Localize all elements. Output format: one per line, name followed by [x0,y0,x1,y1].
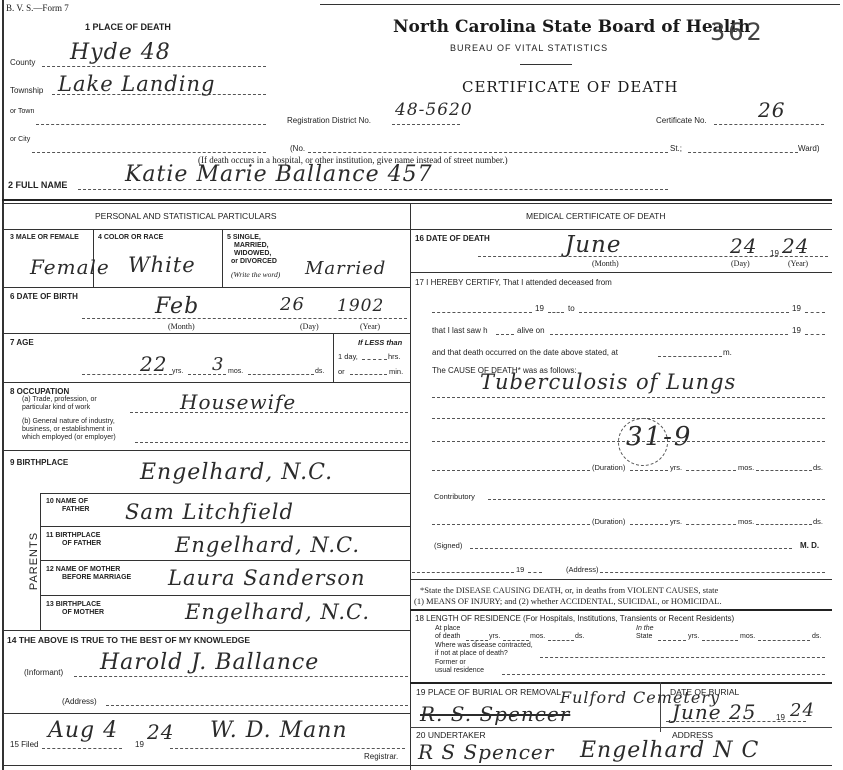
duration2-line [432,524,590,525]
dod-day-caption: (Day) [731,259,750,268]
filed-month-day[interactable]: Aug 4 [48,718,118,743]
dob-line [82,318,407,319]
dob-month[interactable]: Feb [155,294,199,319]
registrar-line [170,748,405,749]
row-line [2,229,410,230]
former-residence-line [502,674,825,675]
informant-value[interactable]: Harold J. Ballance [100,650,319,675]
mother-name-value[interactable]: Laura Sanderson [168,566,366,590]
ward-label: Ward) [798,144,819,153]
in-state-yrs-line [658,640,686,641]
alive-on-year-line [805,334,825,335]
burial-date-century: 19 [776,713,785,722]
birthplace-value[interactable]: Engelhard, N.C. [140,460,333,485]
row-line [40,526,410,527]
last-saw-pronoun-line [496,334,514,335]
township-label: Township [10,86,43,95]
min-caption: min. [389,367,403,376]
ward-line [688,152,798,153]
cause-value[interactable]: Tuberculosis of Lungs [480,370,736,394]
burial-place-struck: R. S. Spencer [420,702,570,726]
at-place-ds-line [548,640,574,641]
code-annotation: 31-9 [626,422,692,452]
undertaker-address-value[interactable]: Engelhard N C [580,738,759,763]
to-label: to [568,304,575,313]
dob-day-caption: (Day) [300,322,319,331]
registrar-value[interactable]: W. D. Mann [210,718,348,743]
duration-ds-caption: ds. [813,463,823,472]
burial-date-value[interactable]: June 25 [672,700,756,724]
occupation-a-label-1: (a) Trade, profession, or [22,396,97,404]
age-mos-caption: mos. [228,368,243,375]
burial-date-year[interactable]: 24 [790,700,815,721]
alive-on-line [550,334,788,335]
place-of-death-label: 1 PLACE OF DEATH [85,22,171,32]
row-line [410,579,832,580]
county-label: County [10,58,35,67]
or-label: or [338,367,345,376]
footnote-line-2: (1) MEANS OF INJURY; and (2) whether ACC… [414,596,722,606]
dod-day[interactable]: 24 [730,234,757,258]
row-line [40,493,410,494]
certificate-no-label: Certificate No. [656,116,707,125]
marital-label-2: MARRIED, [234,242,269,250]
death-occurred-label: and that death occurred on the date abov… [432,348,618,357]
marital-hint: (Write the word) [231,270,280,279]
undertaker-label: 20 UNDERTAKER [416,730,486,740]
registration-district-line [392,124,460,125]
occupation-a-label-2: particular kind of work [22,404,90,412]
cell-divider [333,333,334,382]
attended-from-year-line [548,312,564,313]
cause-line-1 [432,397,825,398]
father-birthplace-value[interactable]: Engelhard, N.C. [175,533,360,557]
race-value[interactable]: White [128,253,196,277]
signed-line [470,548,792,549]
attended-from-century: 19 [535,304,544,313]
mother-name-label-2: BEFORE MARRIAGE [62,574,131,582]
duration-mos-line [686,470,736,471]
age-months[interactable]: 3 [212,354,224,375]
filed-century: 19 [135,740,144,749]
top-border [320,4,840,5]
duration-line [432,470,590,471]
mother-birthplace-label-2: OF MOTHER [62,609,104,617]
md-label: M. D. [800,541,819,550]
in-state-mos: mos. [740,633,755,641]
former-label-2: usual residence [435,667,484,675]
father-name-label-1: 10 NAME OF [46,498,88,506]
contracted-line [540,657,825,658]
father-name-value[interactable]: Sam Litchfield [125,500,294,524]
informant-line [74,676,408,677]
father-name-label-2: FATHER [62,506,89,514]
left-border [2,0,4,770]
registrar-label: Registrar. [364,752,398,761]
dob-month-caption: (Month) [168,322,195,331]
row-line [40,595,410,596]
less-than-label: If LESS than [358,338,402,347]
occupation-a-value[interactable]: Housewife [180,390,296,414]
dod-century: 19 [770,249,779,258]
street-st-label: St.; [670,144,682,153]
duration2-label: (Duration) [592,517,625,526]
bottom-border [2,765,832,766]
occupation-b-label-1: (b) General nature of industry, [22,418,115,426]
age-days-line [248,374,314,375]
alive-on-century: 19 [792,326,801,335]
occupation-b-label-2: business, or establishment in [22,426,112,434]
in-state-ds: ds. [812,633,821,641]
filed-year[interactable]: 24 [147,720,174,744]
full-name-label: 2 FULL NAME [8,180,67,190]
at-place-yrs: yrs. [489,633,500,641]
dod-year-caption: (Year) [788,259,808,268]
section-divider [2,199,832,201]
attended-to-century: 19 [792,304,801,313]
min-line [350,374,387,375]
section-divider-2 [2,203,832,204]
county-line [42,66,266,67]
certify-label: 17 I HEREBY CERTIFY, That I attended dec… [415,278,612,287]
contributory-line [488,499,825,500]
town-label: or Town [10,108,40,116]
town-line [36,124,266,125]
signed-date-century: 19 [516,565,524,574]
former-label-1: Former or [435,659,466,667]
duration-yrs-caption: yrs. [670,463,682,472]
marital-label-1: 5 SINGLE, [227,234,261,242]
parents-side-label: PARENTS [28,531,40,591]
father-birthplace-label-2: OF FATHER [62,540,101,548]
row-line [2,630,410,631]
duration2-yrs-caption: yrs. [670,517,682,526]
at-place-mos: mos. [530,633,545,641]
death-time-line [658,356,722,357]
age-ds-caption: ds. [315,368,324,375]
hrs-caption: hrs. [388,352,401,361]
occupation-b-label-3: which employed (or employer) [22,434,116,442]
in-state-mos-line [702,640,738,641]
at-place-label-1: At place [435,625,460,633]
signed-year-line [528,572,542,573]
row-line [410,682,832,684]
marital-value[interactable]: Married [305,258,386,279]
marital-label-3: WIDOWED, [234,250,271,258]
row-line [410,727,832,728]
row-line [40,560,410,561]
duration-yrs-line [630,470,668,471]
attended-to-year-line [805,312,825,313]
duration2-ds-line [756,524,812,525]
dod-label: 16 DATE OF DEATH [415,234,490,243]
filed-label: 15 Filed [10,740,38,749]
attended-from-line [432,312,532,313]
full-name-value[interactable]: Katie Marie Ballance 457 [125,162,433,187]
duration2-yrs-line [630,524,668,525]
mother-birthplace-label-1: 13 BIRTHPLACE [46,601,101,609]
registration-district-label: Registration District No. [287,116,371,125]
dob-day[interactable]: 26 [280,294,305,315]
age-yrs-caption: yrs. [172,368,183,375]
certificate-title: CERTIFICATE OF DEATH [462,78,678,96]
physician-address-label: (Address) [566,565,599,574]
at-place-yrs-line [466,640,488,641]
city-label: or City [10,136,40,144]
filed-date-line [42,748,122,749]
birthplace-label: 9 BIRTHPLACE [10,458,68,467]
at-place-ds: ds. [575,633,584,641]
county-value[interactable]: Hyde 48 [70,40,171,65]
dod-month-caption: (Month) [592,259,619,268]
bureau-name: BUREAU OF VITAL STATISTICS [450,43,608,53]
in-state-label-2: State [636,633,652,641]
informant-section-label: 14 THE ABOVE IS TRUE TO THE BEST OF MY K… [7,635,250,645]
parents-divider [40,493,41,630]
dob-year[interactable]: 1902 [337,296,384,316]
row-line [2,382,410,383]
informant-address-line [106,705,408,706]
sex-label: 3 MALE OR FEMALE [10,234,90,242]
duration2-ds-caption: ds. [813,517,823,526]
burial-place-label: 19 PLACE OF BURIAL OR REMOVAL [416,687,561,697]
row-line [2,713,410,714]
informant-label: (Informant) [24,668,63,677]
death-time-m-label: m. [723,348,732,357]
occupation-label: 8 OCCUPATION [10,387,69,396]
row-line [410,609,832,611]
duration-ds-line [756,470,812,471]
full-name-line [78,189,668,190]
bureau-underline [520,64,572,65]
race-label: 4 COLOR OR RACE [98,234,163,242]
medical-section-title: MEDICAL CERTIFICATE OF DEATH [526,211,665,221]
hrs-line [362,359,387,360]
in-state-label-1: In the [636,625,654,633]
row-line [410,272,832,273]
alive-on-label: alive on [517,326,545,335]
duration2-mos-caption: mos. [738,517,754,526]
form-id: B. V. S.—Form 7 [6,3,69,13]
signed-label: (Signed) [434,541,462,550]
mother-name-label-1: 12 NAME OF MOTHER [46,566,120,574]
duration-mos-caption: mos. [738,463,754,472]
street-no-label: (No. [290,144,305,153]
one-day-label: 1 day, [338,352,358,361]
marital-label-4: or DIVORCED [231,258,277,266]
in-state-yrs: yrs. [688,633,699,641]
personal-section-title: PERSONAL AND STATISTICAL PARTICULARS [95,211,277,221]
township-value[interactable]: Lake Landing [58,72,215,96]
undertaker-value[interactable]: R S Spencer [418,740,554,764]
row-line [2,450,410,451]
in-state-ds-line [758,640,810,641]
father-birthplace-label-1: 11 BIRTHPLACE [46,532,100,540]
signed-date-line [412,572,514,573]
physician-address-line [600,572,825,573]
column-divider [410,203,411,770]
contracted-label-1: Where was disease contracted, [435,642,533,650]
duration-label: (Duration) [592,463,625,472]
contracted-label-2: if not at place of death? [435,650,508,658]
attended-to-line [579,312,789,313]
age-label: 7 AGE [10,338,34,347]
registration-district-value[interactable]: 48-5620 [395,100,473,120]
footnote-line-1: *State the DISEASE CAUSING DEATH, or, in… [420,585,718,595]
at-place-label-2: of death [435,633,460,641]
row-line [2,287,410,288]
duration2-mos-line [686,524,736,525]
certificate-no-value[interactable]: 26 [758,98,785,122]
residence-label: 18 LENGTH OF RESIDENCE (For Hospitals, I… [415,614,734,623]
cell-divider [222,229,223,287]
street-line [308,152,668,153]
dod-year[interactable]: 24 [782,234,809,258]
informant-address-label: (Address) [62,697,97,706]
dod-month[interactable]: June [565,232,621,258]
dob-year-caption: (Year) [360,322,380,331]
dob-label: 6 DATE OF BIRTH [10,292,78,301]
cause-line-2 [432,418,825,419]
city-line [32,152,266,153]
last-saw-label: that I last saw h [432,326,488,335]
row-line [410,229,832,230]
age-years[interactable]: 22 [140,352,167,376]
stamp-number: 362 [710,18,765,46]
row-line [2,333,410,334]
occupation-b-line [135,442,408,443]
at-place-mos-line [503,640,529,641]
agency-name: North Carolina State Board of Health [393,17,750,37]
certificate-no-line [714,124,824,125]
mother-birthplace-value[interactable]: Engelhard, N.C. [185,600,370,624]
contributory-label: Contributory [434,492,475,501]
sex-value[interactable]: Female [30,255,110,279]
